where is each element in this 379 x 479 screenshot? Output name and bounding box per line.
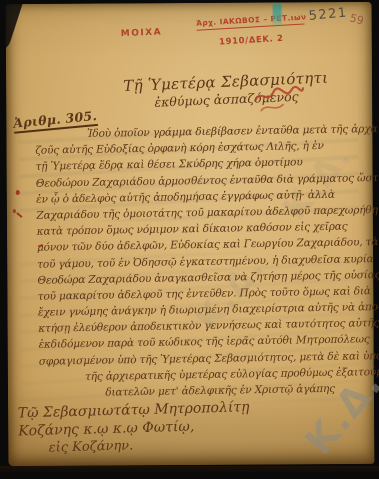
subject-tag: ΜΟΙΧΑ [121,27,163,39]
letter-body: Ἰδοὺ ὁποῖον γράμμα διεβίβασεν ἐνταῦθα με… [35,121,379,402]
folio-number: 59 [348,11,365,27]
letter-page: Κ.Δ. Κ.Δ. Κ.Δ. ΜΟΙΧΑ Ἀρχ. ΙΑΚΩΒΟΣ – ΡΕΤ.… [6,2,375,466]
archive-date: 1910/ΔΕΚ. 2 [219,34,284,48]
red-margin-mark [16,190,20,195]
archive-name: Ἀρχ. ΙΑΚΩΒΟΣ – ΡΕΤ.ιων [196,12,305,30]
address-block: Τῷ Σεβασμιωτάτῳ Μητροπολίτῃ Κοζάνης κ.ῳ … [18,399,251,456]
stamp-fragment [273,3,282,27]
red-ink-scribble [253,84,305,114]
inventory-number: 5221 [308,5,348,24]
scanned-letter: Κ.Δ. Κ.Δ. Κ.Δ. ΜΟΙΧΑ Ἀρχ. ΙΑΚΩΒΟΣ – ΡΕΤ.… [0,0,379,479]
scan-bed-edge [0,466,379,479]
archive-annotation: Ἀρχ. ΙΑΚΩΒΟΣ – ΡΕΤ.ιων 1910/ΔΕΚ. 2 [196,12,306,49]
salutation: Τῇ Ὑμετέρᾳ Σεβασμιότητι ἐκθύμως ἀσπαζόμε… [101,68,352,112]
